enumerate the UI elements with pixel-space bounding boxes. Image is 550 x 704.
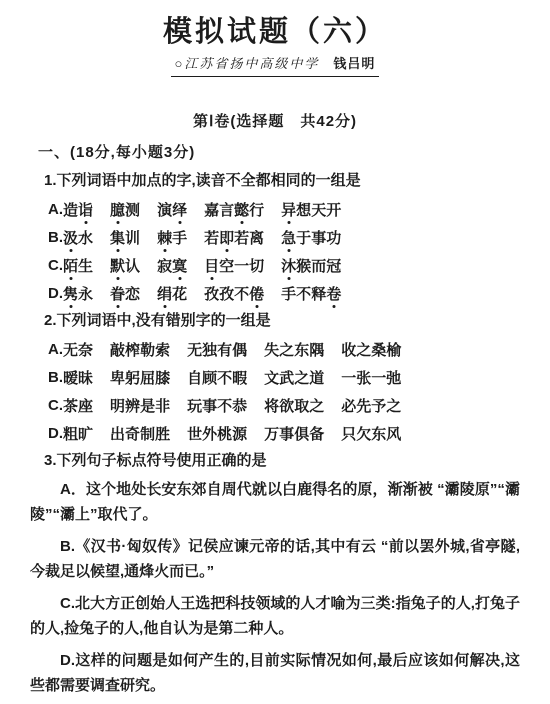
option-word: 默认 (110, 255, 140, 276)
question-3-option-c: C.北大方正创始人王选把科技领域的人才喻为三类:指兔子的人,打兔子的人,捡兔子的… (30, 591, 520, 641)
school-name: 江苏省扬中高级中学 (184, 56, 319, 71)
question-3-options: A．这个地处长安东郊自周代就以白鹿得名的原，渐渐被 “灞陵原”“灞陵”“灞上”取… (30, 477, 520, 698)
option-word: 必先予之 (341, 395, 401, 416)
option-label: C. (48, 257, 63, 274)
option-word: 将欲取之 (264, 395, 324, 416)
byline: ○江苏省扬中高级中学钱吕明 (171, 54, 380, 77)
option-word: 只欠东风 (341, 423, 401, 444)
option-word: 孜孜不倦 (204, 283, 264, 304)
option-word: 造诣 (63, 199, 93, 220)
byline-wrap: ○江苏省扬中高级中学钱吕明 (30, 54, 520, 77)
option-word: 演绎 (157, 199, 187, 220)
option-word: 卑躬屈膝 (110, 367, 170, 388)
option-word: 收之桑榆 (341, 339, 401, 360)
option-word: 万事俱备 (264, 423, 324, 444)
option-word: 若即若离 (204, 227, 264, 248)
option-words: 无奈敲榨勒索无独有偶失之东隅收之桑榆 (63, 339, 401, 360)
option-words: 隽永眷恋绢花孜孜不倦手不释卷 (63, 283, 341, 304)
question-3-option-b: B.《汉书·匈奴传》记侯应谏元帝的话,其中有云 “前以罢外城,省亭隧,今裁足以候… (30, 534, 520, 584)
section-heading: 第Ⅰ卷(选择题 共42分) (30, 111, 520, 133)
author-name: 钱吕明 (333, 56, 375, 71)
option-word: 棘手 (157, 227, 187, 248)
option-words: 造诣臆测演绎嘉言懿行异想天开 (63, 199, 341, 220)
question-3: 3.下列句子标点符号使用正确的是 A．这个地处长安东郊自周代就以白鹿得名的原，渐… (30, 447, 520, 698)
option-word: 玩事不恭 (187, 395, 247, 416)
part-one-heading: 一、(18分,每小题3分) (30, 139, 520, 167)
option-word: 沐猴而冠 (281, 255, 341, 276)
option-word: 一张一弛 (341, 367, 401, 388)
option-word: 无独有偶 (187, 339, 247, 360)
question-1: 1.下列词语中加点的字,读音不全都相同的一组是 A. 造诣臆测演绎嘉言懿行异想天… (30, 167, 520, 307)
option-word: 粗旷 (63, 423, 93, 444)
circle-bullet-icon: ○ (175, 56, 183, 71)
question-1-option-d: D. 隽永眷恋绢花孜孜不倦手不释卷 (30, 279, 520, 307)
option-word: 眷恋 (110, 283, 140, 304)
doc-title: 模拟试题（六） (30, 14, 520, 50)
option-word: 绢花 (157, 283, 187, 304)
option-word: 暧昧 (63, 367, 93, 388)
question-3-option-d: D.这样的问题是如何产生的,目前实际情况如何,最后应该如何解决,这些都需要调查研… (30, 648, 520, 698)
option-word: 手不释卷 (281, 283, 341, 304)
question-1-stem: 1.下列词语中加点的字,读音不全都相同的一组是 (30, 167, 520, 195)
option-label: B. (48, 229, 63, 246)
option-word: 文武之道 (264, 367, 324, 388)
option-word: 明辨是非 (110, 395, 170, 416)
option-label: D. (48, 425, 63, 442)
option-words: 暧昧卑躬屈膝自顾不暇文武之道一张一弛 (63, 367, 401, 388)
option-word: 隽永 (63, 283, 93, 304)
question-3-option-a: A．这个地处长安东郊自周代就以白鹿得名的原，渐渐被 “灞陵原”“灞陵”“灞上”取… (30, 477, 520, 527)
option-word: 急于事功 (281, 227, 341, 248)
option-words: 汲水集训棘手若即若离急于事功 (63, 227, 341, 248)
option-label: A. (48, 201, 63, 218)
question-2-option-d: D. 粗旷出奇制胜世外桃源万事俱备只欠东风 (30, 419, 520, 447)
option-word: 茶座 (63, 395, 93, 416)
question-1-option-c: C. 陌生默认寂寞目空一切沐猴而冠 (30, 251, 520, 279)
option-word: 陌生 (63, 255, 93, 276)
question-2-option-c: C. 茶座明辨是非玩事不恭将欲取之必先予之 (30, 391, 520, 419)
question-2-option-a: A. 无奈敲榨勒索无独有偶失之东隅收之桑榆 (30, 335, 520, 363)
option-label: A. (48, 341, 63, 358)
option-word: 自顾不暇 (187, 367, 247, 388)
document-page: 模拟试题（六） ○江苏省扬中高级中学钱吕明 第Ⅰ卷(选择题 共42分) 一、(1… (0, 0, 550, 704)
option-word: 目空一切 (204, 255, 264, 276)
option-label: B. (48, 369, 63, 386)
option-word: 敲榨勒索 (110, 339, 170, 360)
option-word: 无奈 (63, 339, 93, 360)
option-label: C. (48, 397, 63, 414)
option-label: D. (48, 285, 63, 302)
option-word: 嘉言懿行 (204, 199, 264, 220)
option-word: 世外桃源 (187, 423, 247, 444)
option-word: 异想天开 (281, 199, 341, 220)
option-words: 陌生默认寂寞目空一切沐猴而冠 (63, 255, 341, 276)
question-1-option-b: B. 汲水集训棘手若即若离急于事功 (30, 223, 520, 251)
option-word: 汲水 (63, 227, 93, 248)
question-2: 2.下列词语中,没有错别字的一组是 A. 无奈敲榨勒索无独有偶失之东隅收之桑榆 … (30, 307, 520, 447)
option-word: 出奇制胜 (110, 423, 170, 444)
option-word: 寂寞 (157, 255, 187, 276)
option-word: 失之东隅 (264, 339, 324, 360)
question-2-stem: 2.下列词语中,没有错别字的一组是 (30, 307, 520, 335)
question-1-option-a: A. 造诣臆测演绎嘉言懿行异想天开 (30, 195, 520, 223)
option-words: 粗旷出奇制胜世外桃源万事俱备只欠东风 (63, 423, 401, 444)
option-words: 茶座明辨是非玩事不恭将欲取之必先予之 (63, 395, 401, 416)
option-word: 臆测 (110, 199, 140, 220)
question-3-stem: 3.下列句子标点符号使用正确的是 (30, 447, 520, 475)
question-2-option-b: B. 暧昧卑躬屈膝自顾不暇文武之道一张一弛 (30, 363, 520, 391)
option-word: 集训 (110, 227, 140, 248)
